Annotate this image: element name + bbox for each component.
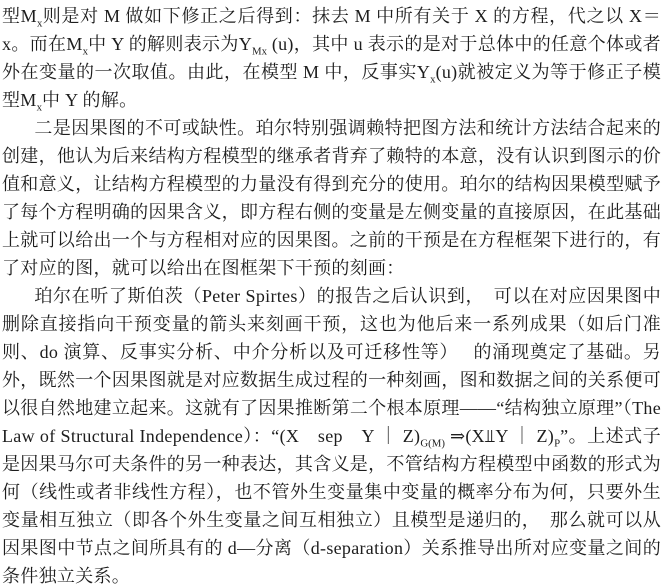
text-run: ⇒(X⫫Y ｜ Z) bbox=[445, 426, 554, 446]
paragraph: 珀尔在听了斯伯茨（Peter Spirtes）的报告之后认识到， 可以在对应因果… bbox=[2, 282, 661, 585]
text-run: 二是因果图的不可或缺性。珀尔特别强调赖特把图方法和统计方法结合起来的创建，他认为… bbox=[2, 118, 661, 278]
subscript-text: Mx bbox=[252, 46, 267, 58]
text-run: 中 Y 的解则表示为Y bbox=[88, 34, 252, 54]
document-page: 型Mx则是对 M 做如下修正之后得到：抹去 M 中所有关于 X 的方程，代之以 … bbox=[0, 0, 663, 585]
text-run: 型M bbox=[2, 6, 37, 26]
document-body: 型Mx则是对 M 做如下修正之后得到：抹去 M 中所有关于 X 的方程，代之以 … bbox=[2, 2, 661, 585]
paragraph: 二是因果图的不可或缺性。珀尔特别强调赖特把图方法和统计方法结合起来的创建，他认为… bbox=[2, 114, 661, 282]
paragraph: 型Mx则是对 M 做如下修正之后得到：抹去 M 中所有关于 X 的方程，代之以 … bbox=[2, 2, 661, 114]
text-run: ”。上述式子是因果马尔可夫条件的另一种表达，其含义是，不管结构方程模型中函数的形… bbox=[2, 426, 661, 585]
subscript-text: G(M) bbox=[420, 438, 445, 450]
text-run: 中 Y 的解。 bbox=[42, 90, 137, 110]
text-run: 珀尔在听了斯伯茨（Peter Spirtes）的报告之后认识到， 可以在对应因果… bbox=[2, 286, 661, 446]
